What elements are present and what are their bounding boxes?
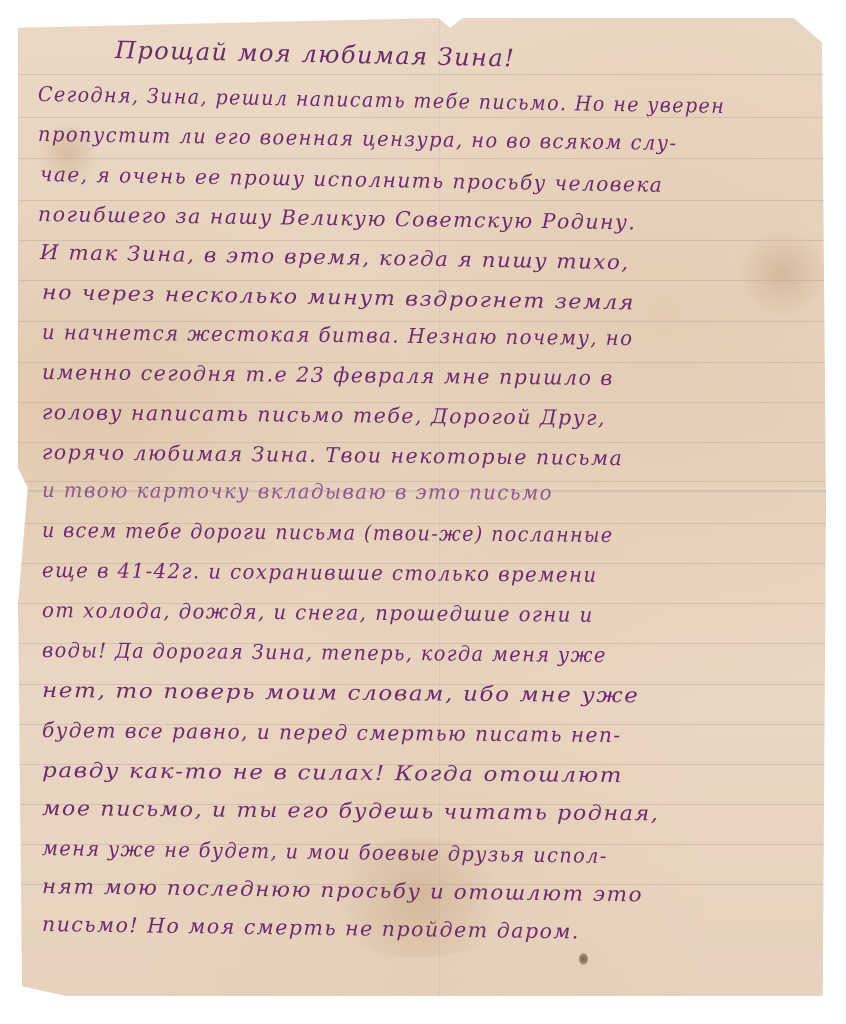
letter-line: голову написать письмо тебе, Дорогой Дру… [42,400,606,430]
letter-line: но через несколько минут вздрогнет земля [42,280,635,314]
letter-line: от холода, дождя, и снега, прошедшие огн… [42,598,594,627]
letter-line: пропустит ли его военная цензура, но во … [38,122,678,155]
letter-line: Сегодня, Зина, решил написать тебе письм… [38,82,726,118]
salutation: Прощай моя любимая Зина! [115,36,516,72]
letter-line: письмо! Но моя смерть не пройдет даром. [42,912,580,944]
letter-line: чае, я очень ее прошу исполнить просьбу … [40,162,664,197]
letter-line: И так Зина, в это время, когда я пишу ти… [40,240,630,274]
letter-line: горячо любимая Зина. Твои некоторые пись… [42,440,623,470]
letter-line: еще в 41-42г. и сохранившие столько врем… [42,558,598,587]
letter-line: и начнется жестокая битва. Незнаю почему… [42,320,634,350]
letter-line: будет все равно, и перед смертью писать … [42,718,622,747]
letter-line: именно сегодня т.е 23 февраля мне пришло… [42,360,614,390]
letter-line: нет, то поверь моим словам, ибо мне уже [42,678,640,707]
letter-line: равду как-то не в силах! Когда отошлют [42,758,623,787]
letter-line: и всем тебе дороги письма (твои-же) посл… [42,518,614,547]
letter-line: мое письмо, и ты его будешь читать родна… [42,796,660,825]
letter-line: погибшего за нашу Великую Советскую Роди… [38,202,637,234]
letter-line: меня уже не будет, и мои боевые друзья и… [42,836,608,868]
letter-line: нят мою последнюю просьбу и отошлют это [42,874,643,906]
letter-text: Прощай моя любимая Зина! Сегодня, Зина, … [0,0,846,1024]
letter-line: и твою карточку вкладываю в это письмо [42,478,553,505]
letter-line: воды! Да дорогая Зина, теперь, когда мен… [42,638,607,667]
